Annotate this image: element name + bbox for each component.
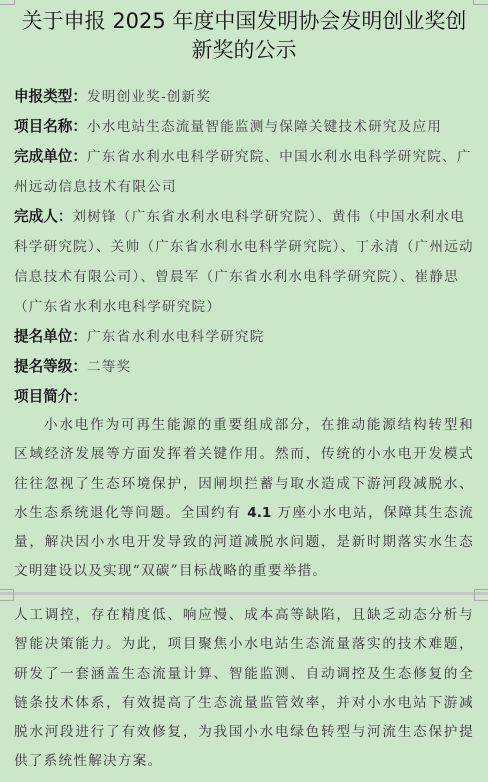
page-margin-mark-left bbox=[0, 589, 14, 601]
field-label: 完成单位： bbox=[14, 148, 87, 165]
document-page-1: 关于申报 2025 年度中国发明协会发明创业奖创新奖的公示 申报类型：发明创业奖… bbox=[14, 0, 474, 592]
field-label: 完成人： bbox=[14, 208, 72, 225]
field-application-type: 申报类型：发明创业奖-创新奖 bbox=[14, 82, 474, 112]
field-value: 广东省水利水电科学研究院 bbox=[87, 329, 265, 345]
info-fields: 申报类型：发明创业奖-创新奖 项目名称：小水电站生态流量智能监测与保障关键技术研… bbox=[14, 82, 474, 411]
page-margin-mark-right bbox=[474, 589, 488, 601]
field-project-name: 项目名称：小水电站生态流量智能监测与保障关键技术研究及应用 bbox=[14, 112, 474, 142]
field-value: 刘树锋（广东省水利水电科学研究院）、黄伟（中国水利水电科学研究院）、关帅（广东省… bbox=[14, 209, 474, 315]
field-nomination-grade: 提名等级：二等奖 bbox=[14, 352, 474, 382]
intro-paragraph-2-continued: 人工调控，存在精度低、响应慢、成本高等缺陷，且缺乏动态分析与智能决策能力。为此，… bbox=[14, 601, 474, 777]
field-value: 二等奖 bbox=[87, 359, 131, 375]
field-label: 申报类型： bbox=[14, 88, 87, 105]
field-completing-units: 完成单位：广东省水利水电科学研究院、中国水利水电科学研究院、广州远动信息技术有限… bbox=[14, 142, 474, 202]
page-margin-mark-top-left bbox=[0, 0, 15, 5]
field-value: 小水电站生态流量智能监测与保障关键技术研究及应用 bbox=[87, 119, 442, 135]
project-intro-label: 项目简介： bbox=[14, 382, 474, 411]
field-label: 提名等级： bbox=[14, 358, 87, 375]
field-value: 发明创业奖-创新奖 bbox=[87, 89, 211, 105]
field-completers: 完成人：刘树锋（广东省水利水电科学研究院）、黄伟（中国水利水电科学研究院）、关帅… bbox=[14, 202, 474, 322]
document-title: 关于申报 2025 年度中国发明协会发明创业奖创新奖的公示 bbox=[14, 0, 474, 65]
field-label: 提名单位： bbox=[14, 328, 87, 345]
station-count-number: 4.1 bbox=[247, 505, 271, 521]
field-label: 项目名称： bbox=[14, 118, 87, 135]
page-margin-mark-top-right bbox=[473, 0, 488, 5]
document-page-2: 人工调控，存在精度低、响应慢、成本高等缺陷，且缺乏动态分析与智能决策能力。为此，… bbox=[14, 601, 474, 777]
page-break-rule bbox=[0, 592, 488, 595]
field-nominating-unit: 提名单位：广东省水利水电科学研究院 bbox=[14, 322, 474, 352]
intro-paragraph-1: 小水电作为可再生能源的重要组成部分，在推动能源结构转型和区域经济发展等方面发挥着… bbox=[14, 411, 474, 587]
